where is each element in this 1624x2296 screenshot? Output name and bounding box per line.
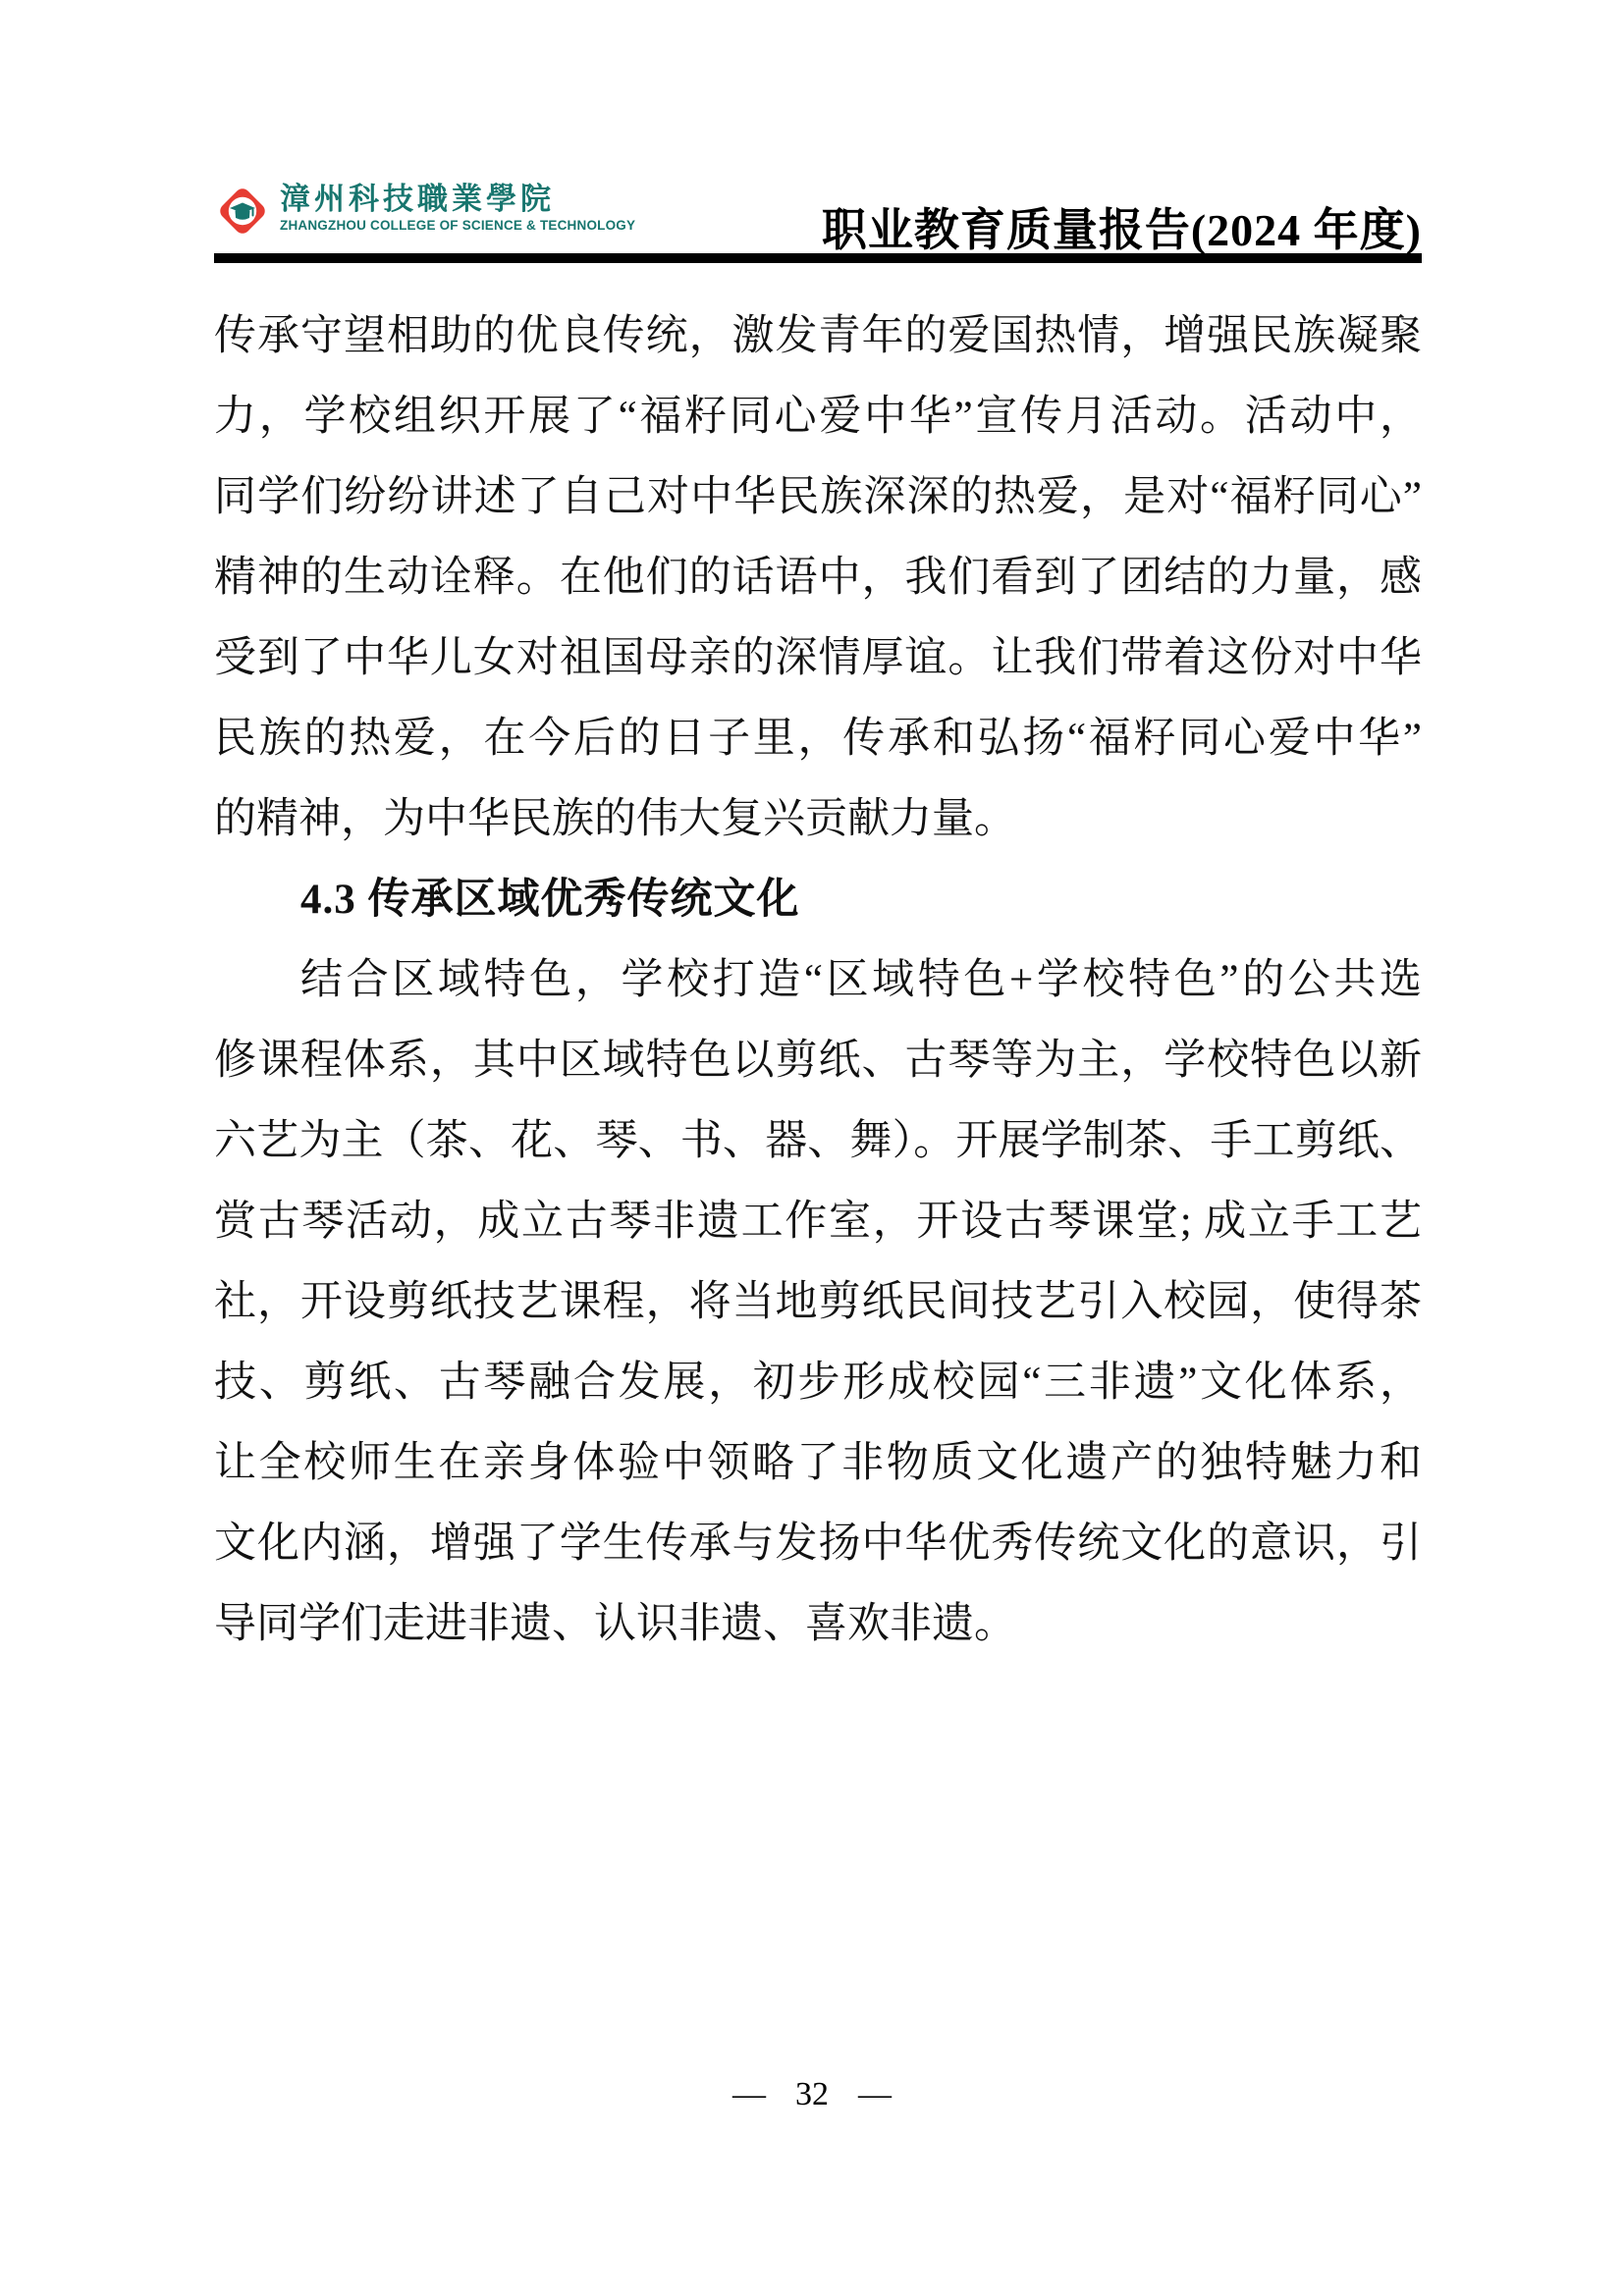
header-rule xyxy=(214,253,1422,263)
paragraph2-line: 导同学们走进非遗、认识非遗、喜欢非遗。 xyxy=(214,1584,1422,1665)
document-page: 漳州科技職業學院 ZHANGZHOU COLLEGE OF SCIENCE & … xyxy=(0,0,1624,2296)
paragraph1-line: 受到了中华儿女对祖国母亲的深情厚谊。让我们带着这份对中华 xyxy=(214,618,1422,699)
page-footer: —32— xyxy=(0,2076,1624,2113)
page-number: 32 xyxy=(795,2076,829,2112)
paragraph1-line: 力，学校组织开展了“福籽同心爱中华”宣传月活动。活动中， xyxy=(214,377,1422,457)
college-name-en: ZHANGZHOU COLLEGE OF SCIENCE & TECHNOLOG… xyxy=(280,218,635,234)
section-heading: 4.3 传承区域优秀传统文化 xyxy=(214,860,1422,940)
paragraph2-line: 赏古琴活动，成立古琴非遗工作室，开设古琴课堂; 成立手工艺 xyxy=(214,1182,1422,1262)
footer-left-dash: — xyxy=(732,2076,766,2113)
college-name-zh: 漳州科技職業學院 xyxy=(280,183,635,216)
body-text: 传承守望相助的优良传统，激发青年的爱国热情，增强民族凝聚 力，学校组织开展了“福… xyxy=(214,296,1422,1665)
paragraph1-line: 同学们纷纷讲述了自己对中华民族深深的热爱，是对“福籽同心” xyxy=(214,457,1422,538)
college-logo-icon xyxy=(216,183,269,240)
footer-right-dash: — xyxy=(858,2076,892,2113)
paragraph2-line: 文化内涵，增强了学生传承与发扬中华优秀传统文化的意识，引 xyxy=(214,1504,1422,1584)
college-logo: 漳州科技職業學院 ZHANGZHOU COLLEGE OF SCIENCE & … xyxy=(216,183,635,240)
paragraph1-line: 民族的热爱，在今后的日子里，传承和弘扬“福籽同心爱中华” xyxy=(214,699,1422,779)
paragraph1-line: 的精神，为中华民族的伟大复兴贡献力量。 xyxy=(214,779,1422,860)
paragraph2-line: 六艺为主（茶、花、琴、书、器、舞）。开展学制茶、手工剪纸、 xyxy=(214,1101,1422,1182)
paragraph2-line: 修课程体系，其中区域特色以剪纸、古琴等为主，学校特色以新 xyxy=(214,1021,1422,1101)
paragraph2-line: 社，开设剪纸技艺课程，将当地剪纸民间技艺引入校园，使得茶 xyxy=(214,1262,1422,1343)
paragraph2-line: 结合区域特色，学校打造“区域特色+学校特色”的公共选 xyxy=(214,940,1422,1021)
college-name-block: 漳州科技職業學院 ZHANGZHOU COLLEGE OF SCIENCE & … xyxy=(280,183,635,234)
paragraph2-line: 让全校师生在亲身体验中领略了非物质文化遗产的独特魅力和 xyxy=(214,1423,1422,1504)
paragraph1-line: 传承守望相助的优良传统，激发青年的爱国热情，增强民族凝聚 xyxy=(214,296,1422,377)
paragraph1-line: 精神的生动诠释。在他们的话语中，我们看到了团结的力量，感 xyxy=(214,538,1422,618)
report-title: 职业教育质量报告(2024 年度) xyxy=(822,194,1422,259)
paragraph2-line: 技、剪纸、古琴融合发展，初步形成校园“三非遗”文化体系， xyxy=(214,1343,1422,1423)
